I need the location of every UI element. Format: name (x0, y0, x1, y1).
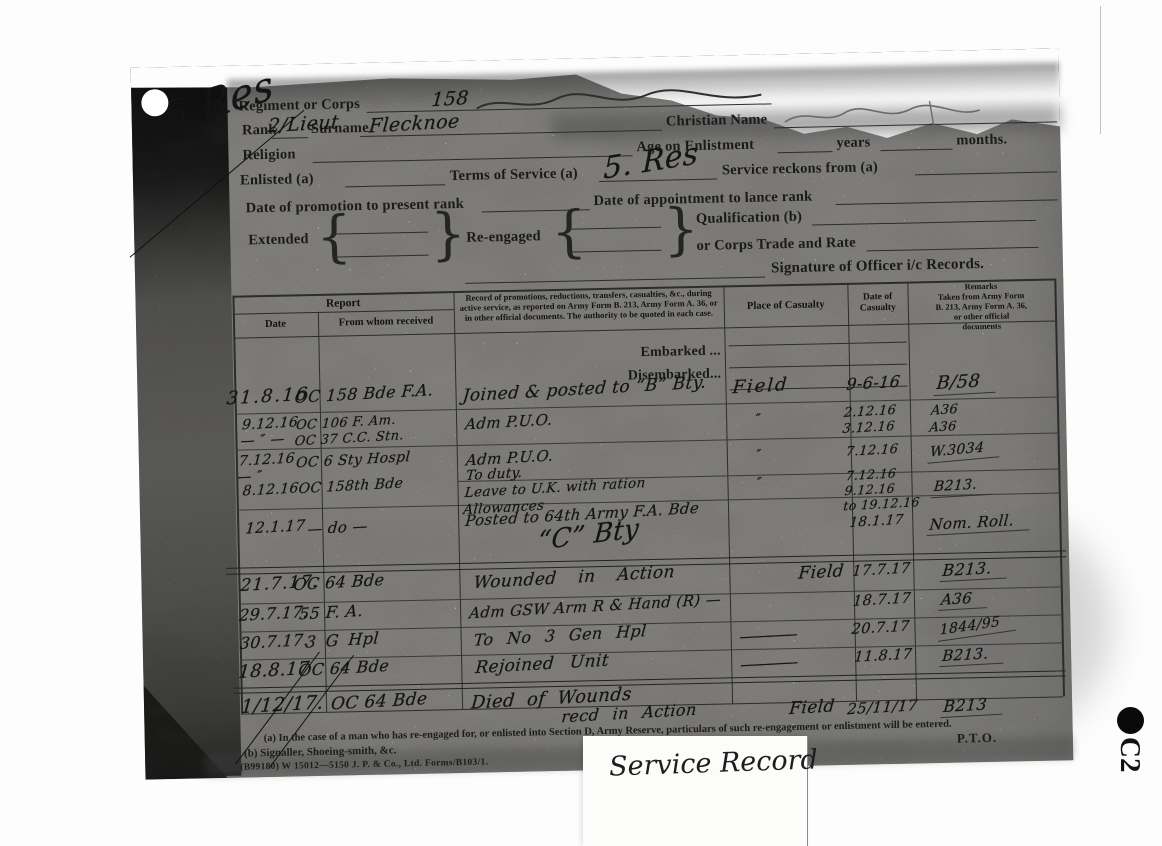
side-mark: C2 (1113, 737, 1146, 772)
row-place: ″ (755, 413, 762, 429)
reengaged-label: Re-engaged (466, 228, 541, 247)
row-from: — do — (307, 518, 369, 538)
row-remarks: A36 A36 (929, 402, 959, 438)
date-of-casualty-header: Date of Casualty (848, 292, 908, 316)
rule-line (836, 199, 1058, 205)
row-casualty-date: 9-6-16 (846, 373, 901, 394)
place-of-casualty-header: Place of Casualty (724, 299, 848, 314)
regiment-value: 158 (431, 88, 470, 111)
row-casualty-date: 25/11/17 (847, 697, 919, 718)
remarks-header: Remarks Taken from Army Form B. 213, Arm… (907, 280, 1055, 333)
row-from: OC 158 Bde F.A. (294, 381, 434, 407)
row-from: OC 64 Bde (330, 690, 428, 715)
row-from: 3 G Hpl (305, 629, 380, 651)
row-place: Field (732, 375, 790, 398)
row-casualty-date: 2.12.16 3.12.16 (842, 403, 897, 437)
row-place: Field (798, 562, 845, 584)
years-label: years (836, 134, 870, 152)
rule-line (915, 171, 1057, 175)
rule-line (729, 364, 907, 369)
embarked-label: Embarked ... (455, 344, 721, 366)
row-casualty-date: 11.8.17 (853, 646, 912, 666)
row-from: 55 F. A. (298, 602, 363, 624)
terms-label: Terms of Service (a) (450, 165, 578, 185)
row-date: 9.12.16 — ″ — (240, 415, 299, 450)
row-remarks: B213. (931, 477, 994, 498)
rule-line (465, 277, 765, 284)
enlisted-label: Enlisted (a) (240, 171, 314, 190)
row-casualty-date: 18.7.17 (852, 591, 911, 611)
rule-line (867, 247, 1039, 252)
row-date: 1/12/17. (240, 692, 324, 718)
row-date: 12.1.17 (245, 517, 306, 537)
extended-label: Extended (248, 231, 309, 249)
months-label: months. (956, 131, 1007, 149)
rule-line (778, 151, 833, 153)
pto-label: P.T.O. (957, 730, 998, 747)
faint-name-scrawl (780, 97, 1031, 132)
christian-name-label: Christian Name (666, 111, 768, 130)
row-casualty-date: 20.7.17 (851, 619, 910, 639)
table-row: 12.1.17 — do — Posted to 64th Army F.A. … (237, 496, 1064, 547)
record-header: Record of promotions, reductions, transf… (456, 287, 721, 323)
slip-label: Service Record (609, 744, 819, 782)
rule-line (313, 155, 633, 163)
row-from: OC 64 Bde (293, 571, 385, 594)
from-header: From whom received (318, 315, 454, 330)
rule-line (729, 342, 907, 347)
row-place: ———— (739, 625, 796, 646)
rule-line (345, 184, 445, 187)
service-record-form: 5 Res Regiment or Corps 158 Rank 2/Lieut… (131, 48, 1074, 779)
printer-imprint: (B99180) W 15012—5150 J. P. & Co., Ltd. … (240, 757, 488, 772)
row-casualty-date: 18.1.17 (849, 513, 905, 531)
row-remarks: Nom. Roll. (927, 511, 1031, 536)
rule-line (812, 220, 1036, 226)
row-place: ″ (756, 477, 762, 492)
scan-dark-edge (131, 76, 242, 778)
brace-close: } (663, 202, 700, 259)
row-from: OC 158th Bde (298, 476, 404, 498)
row-remarks: B/58 (934, 371, 998, 397)
archive-slip: Service Record (583, 736, 808, 846)
rule-line (881, 149, 953, 152)
row-remarks: B213 (940, 695, 1003, 718)
row-date: 8.12.16 (242, 481, 299, 500)
scan-line-artifact (1100, 6, 1101, 134)
signature-label: Signature of Officer i/c Records. (771, 256, 984, 277)
row-date: 30.7.17. (239, 631, 310, 653)
row-place: ———— (740, 653, 797, 674)
row-place: Field (788, 697, 835, 719)
row-remarks: B213. (939, 644, 1005, 667)
footnote-b: (b) Signaller, Shoeing-smith, &c. (244, 744, 397, 759)
scanned-page: 5 Res Regiment or Corps 158 Rank 2/Lieut… (0, 0, 1162, 846)
row-casualty-date: 17.7.17 (852, 561, 911, 581)
reckons-label: Service reckons from (a) (722, 159, 878, 179)
brace-close: } (430, 207, 467, 264)
date-header: Date (233, 318, 318, 332)
rank-value: 2/Lieut (267, 112, 340, 137)
qualification-label: Qualification (b) (696, 209, 802, 228)
row-record: Rejoined Unit (475, 652, 610, 679)
rule-line (272, 137, 308, 139)
row-remarks: A36 (938, 589, 989, 611)
corps-trade-label: or Corps Trade and Rate (696, 235, 856, 255)
lance-label: Date of appointment to lance rank (593, 189, 812, 211)
registration-dot (1117, 707, 1144, 734)
row-remarks: B213. (940, 558, 1009, 582)
row-record: Adm P.U.O. (465, 411, 554, 433)
row-from: OC 106 F. Am. OC 37 C.C. Stn. (294, 412, 406, 449)
